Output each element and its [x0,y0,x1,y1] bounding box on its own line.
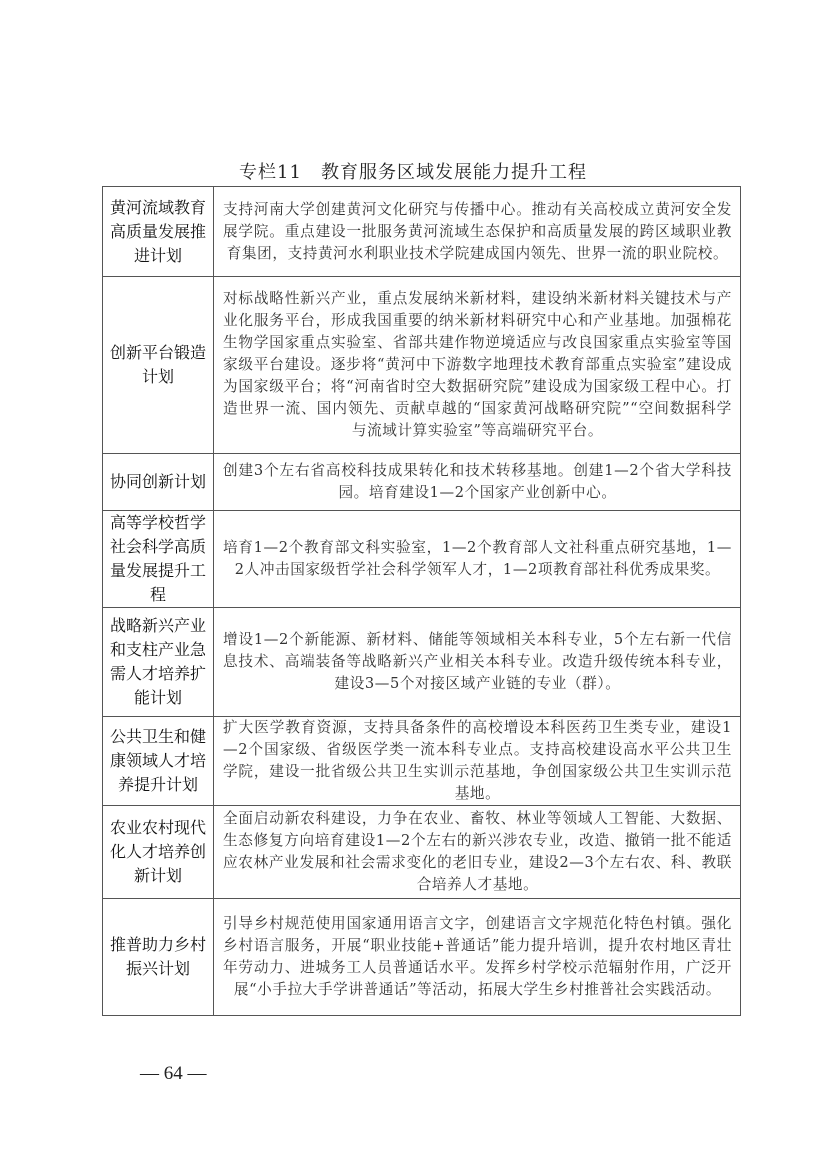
row-content: 引导乡村规范使用国家通用语言文字，创建语言文字规范化特色村镇。强化乡村语言服务，… [214,899,741,1016]
table-row: 公共卫生和健康领域人才培养提升计划 扩大医学教育资源，支持具备条件的高校增设本科… [103,717,741,806]
row-content: 增设1—2个新能源、新材料、储能等领域相关本科专业，5个左右新一代信息技术、高端… [214,608,741,717]
row-content: 对标战略性新兴产业，重点发展纳米新材料，建设纳米新材料关键技术与产业化服务平台，… [214,277,741,454]
table-row: 战略新兴产业和支柱产业急需人才培养扩能计划 增设1—2个新能源、新材料、储能等领… [103,608,741,717]
table-row: 黄河流域教育高质量发展推进计划 支持河南大学创建黄河文化研究与传播中心。推动有关… [103,187,741,277]
table-row: 协同创新计划 创建3个左右省高校科技成果转化和技术转移基地。创建1—2个省大学科… [103,454,741,511]
row-label: 协同创新计划 [103,454,214,511]
page-number: — 64 — [140,1063,207,1085]
row-label: 农业农村现代化人才培养创新计划 [103,806,214,899]
project-table: 黄河流域教育高质量发展推进计划 支持河南大学创建黄河文化研究与传播中心。推动有关… [102,186,741,1016]
section-title: 专栏11 教育服务区域发展能力提升工程 [0,158,826,184]
row-content: 全面启动新农科建设，力争在农业、畜牧、林业等领域人工智能、大数据、生态修复方向培… [214,806,741,899]
row-label: 黄河流域教育高质量发展推进计划 [103,187,214,277]
table-row: 推普助力乡村振兴计划 引导乡村规范使用国家通用语言文字，创建语言文字规范化特色村… [103,899,741,1016]
row-label: 战略新兴产业和支柱产业急需人才培养扩能计划 [103,608,214,717]
row-label: 创新平台锻造计划 [103,277,214,454]
table-row: 高等学校哲学社会科学高质量发展提升工程 培育1—2个教育部文科实验室，1—2个教… [103,511,741,608]
table-row: 创新平台锻造计划 对标战略性新兴产业，重点发展纳米新材料，建设纳米新材料关键技术… [103,277,741,454]
row-label: 高等学校哲学社会科学高质量发展提升工程 [103,511,214,608]
row-content: 扩大医学教育资源，支持具备条件的高校增设本科医药卫生类专业，建设1—2个国家级、… [214,717,741,806]
table-row: 农业农村现代化人才培养创新计划 全面启动新农科建设，力争在农业、畜牧、林业等领域… [103,806,741,899]
row-content: 培育1—2个教育部文科实验室，1—2个教育部人文社科重点研究基地，1—2人冲击国… [214,511,741,608]
row-content: 创建3个左右省高校科技成果转化和技术转移基地。创建1—2个省大学科技园。培育建设… [214,454,741,511]
row-label: 推普助力乡村振兴计划 [103,899,214,1016]
row-content: 支持河南大学创建黄河文化研究与传播中心。推动有关高校成立黄河安全发展学院。重点建… [214,187,741,277]
row-label: 公共卫生和健康领域人才培养提升计划 [103,717,214,806]
